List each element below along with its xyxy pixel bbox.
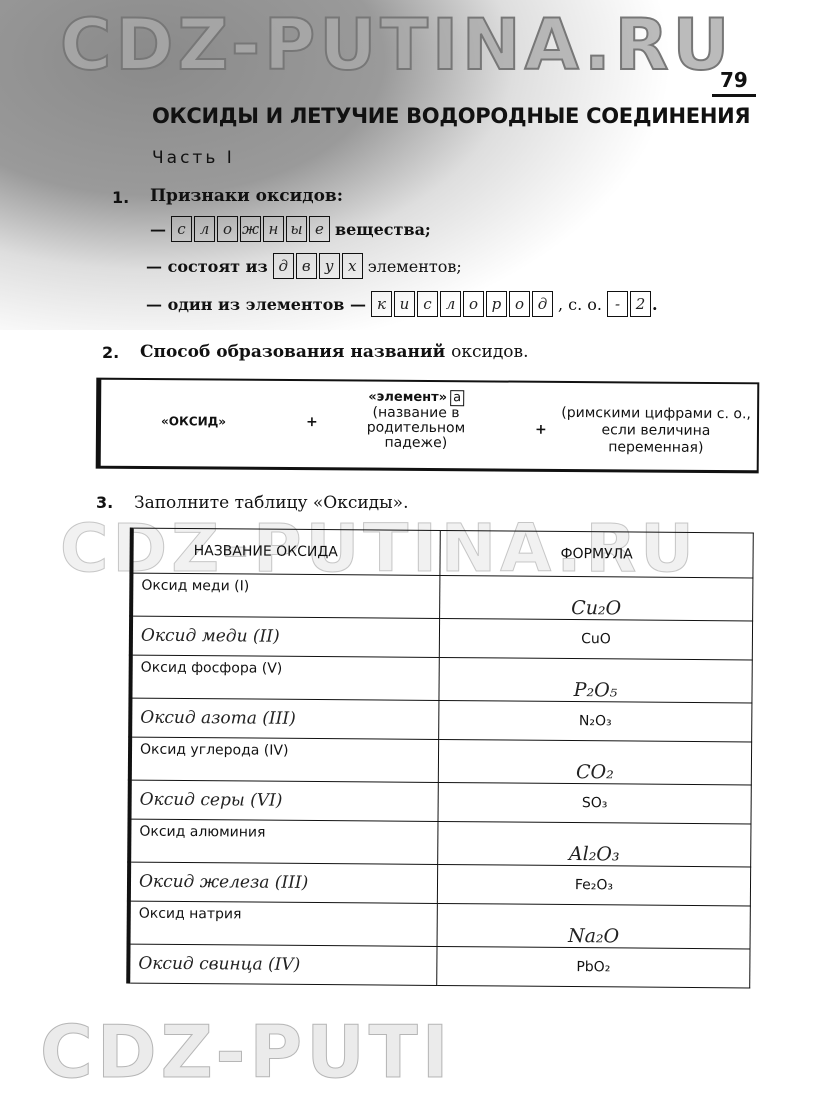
line2-suffix: элементов; [368, 257, 462, 276]
page-title: ОКСИДЫ И ЛЕТУЧИЕ ВОДОРОДНЫЕ СОЕДИНЕНИЯ [152, 104, 750, 128]
table-row: Оксид свинца (IV) PbO₂ [128, 944, 750, 988]
oxide-name: Оксид углерода (IV) [130, 737, 439, 782]
task1-line1: — с л о ж н ы е вещества; [150, 216, 431, 242]
answer-boxes-two: д в у х [273, 253, 363, 279]
line3-end: . [652, 295, 658, 314]
table-row: Оксид алюминия Al₂O₃ [129, 819, 751, 867]
task2-title-bold: Способ образования названий [140, 342, 445, 362]
oxide-formula-answer[interactable]: Na₂O [437, 903, 750, 948]
oxide-formula-answer[interactable]: P₂O₅ [439, 657, 752, 702]
line1-suffix: вещества; [335, 220, 431, 239]
oxide-formula: N₂O₃ [439, 700, 752, 741]
line2-prefix: — состоят из [146, 257, 268, 276]
formula-oxide: «ОКСИД» [161, 414, 226, 429]
answer-box[interactable]: и [394, 291, 415, 317]
table-row: Оксид фосфора (V) P₂O₅ [130, 655, 752, 703]
column-header-formula: ФОРМУЛА [440, 530, 753, 577]
oxide-formula-answer[interactable]: Cu₂O [440, 575, 753, 620]
formula-plus: + [535, 423, 547, 438]
task3-number: 3. [96, 493, 113, 512]
oxide-name-answer[interactable]: Оксид свинца (IV) [128, 944, 437, 985]
dash: — [150, 220, 166, 239]
oxide-name-answer[interactable]: Оксид железа (III) [129, 862, 438, 903]
oxide-name: Оксид фосфора (V) [130, 655, 439, 700]
task1-line2: — состоят из д в у х элементов; [146, 253, 462, 279]
answer-boxes-oxygen: к и с л о р о д [371, 291, 553, 317]
table-row: Оксид меди (II) CuO [131, 616, 753, 660]
table-row: Оксид азота (III) N₂O₃ [130, 698, 752, 742]
task2-title-normal: оксидов. [451, 342, 528, 362]
part-label: Часть I [152, 148, 235, 168]
answer-box[interactable]: у [319, 253, 340, 279]
oxide-name-answer[interactable]: Оксид азота (III) [130, 698, 439, 739]
formula-element-label: «элемент» [368, 390, 447, 406]
scan-shading [0, 0, 821, 330]
answer-box[interactable]: ж [240, 216, 261, 242]
answer-box[interactable]: к [371, 291, 392, 317]
task2-title: Способ образования названий оксидов. [140, 342, 529, 362]
answer-box[interactable]: с [171, 216, 192, 242]
oxides-table: НАЗВАНИЕ ОКСИДА ФОРМУЛА Оксид меди (I) C… [126, 528, 754, 989]
oxide-formula-answer[interactable]: CO₂ [438, 739, 751, 784]
naming-formula-box: «ОКСИД» + «элемент»а (название в родител… [96, 378, 760, 474]
oxide-name-answer[interactable]: Оксид меди (II) [131, 616, 440, 657]
column-header-name: НАЗВАНИЕ ОКСИДА [131, 528, 440, 575]
oxide-formula: SO₃ [438, 782, 751, 823]
line3-prefix: — один из элементов — [146, 295, 366, 314]
oxide-formula: CuO [439, 618, 752, 659]
answer-box[interactable]: о [217, 216, 238, 242]
table-row: Оксид железа (III) Fe₂O₃ [129, 862, 751, 906]
answer-box[interactable]: в [296, 253, 317, 279]
table-row: Оксид серы (VI) SO₃ [130, 780, 752, 824]
answer-box[interactable]: с [417, 291, 438, 317]
answer-box[interactable]: р [486, 291, 507, 317]
answer-boxes-oxidation: - 2 [607, 291, 651, 317]
oxide-formula-answer[interactable]: Al₂O₃ [438, 821, 751, 866]
oxide-name: Оксид алюминия [129, 819, 438, 864]
task1-line3: — один из элементов — к и с л о р о д , … [146, 291, 658, 317]
task1-title: Признаки оксидов: [150, 186, 343, 206]
formula-element: «элемент»а (название в родительном падеж… [346, 389, 486, 451]
answer-box[interactable]: о [463, 291, 484, 317]
oxidation-state-label: , с. о. [558, 295, 602, 314]
task2-number: 2. [102, 343, 119, 362]
table-row: Оксид углерода (IV) CO₂ [130, 737, 752, 785]
watermark-bottom: CDZ-PUTI [40, 1010, 453, 1094]
table-row: Оксид натрия Na₂O [129, 901, 751, 949]
formula-roman-note: (римскими цифрами с. о., если величина п… [561, 405, 751, 457]
answer-box[interactable]: - [607, 291, 628, 317]
answer-box[interactable]: х [342, 253, 363, 279]
oxide-formula: PbO₂ [437, 946, 750, 987]
formula-plus: + [306, 415, 318, 430]
answer-box[interactable]: л [194, 216, 215, 242]
formula-element-note: (название в родительном падеже) [356, 406, 476, 452]
page-number-underline [712, 94, 756, 97]
answer-boxes-complex: с л о ж н ы е [171, 216, 330, 242]
page-number: 79 [720, 68, 748, 92]
task1-number: 1. [112, 188, 129, 207]
answer-box[interactable]: д [532, 291, 553, 317]
answer-box[interactable]: 2 [630, 291, 651, 317]
answer-box[interactable]: е [309, 216, 330, 242]
answer-box[interactable]: л [440, 291, 461, 317]
answer-box[interactable]: д [273, 253, 294, 279]
answer-box[interactable]: о [509, 291, 530, 317]
oxide-name: Оксид меди (I) [131, 573, 440, 618]
answer-box[interactable]: а [450, 390, 464, 406]
answer-box[interactable]: н [263, 216, 284, 242]
oxide-name-answer[interactable]: Оксид серы (VI) [130, 780, 439, 821]
task3-title: Заполните таблицу «Оксиды». [134, 493, 408, 513]
table-row: Оксид меди (I) Cu₂O [131, 573, 753, 621]
oxide-name: Оксид натрия [129, 901, 438, 946]
oxide-formula: Fe₂O₃ [437, 864, 750, 905]
answer-box[interactable]: ы [286, 216, 307, 242]
